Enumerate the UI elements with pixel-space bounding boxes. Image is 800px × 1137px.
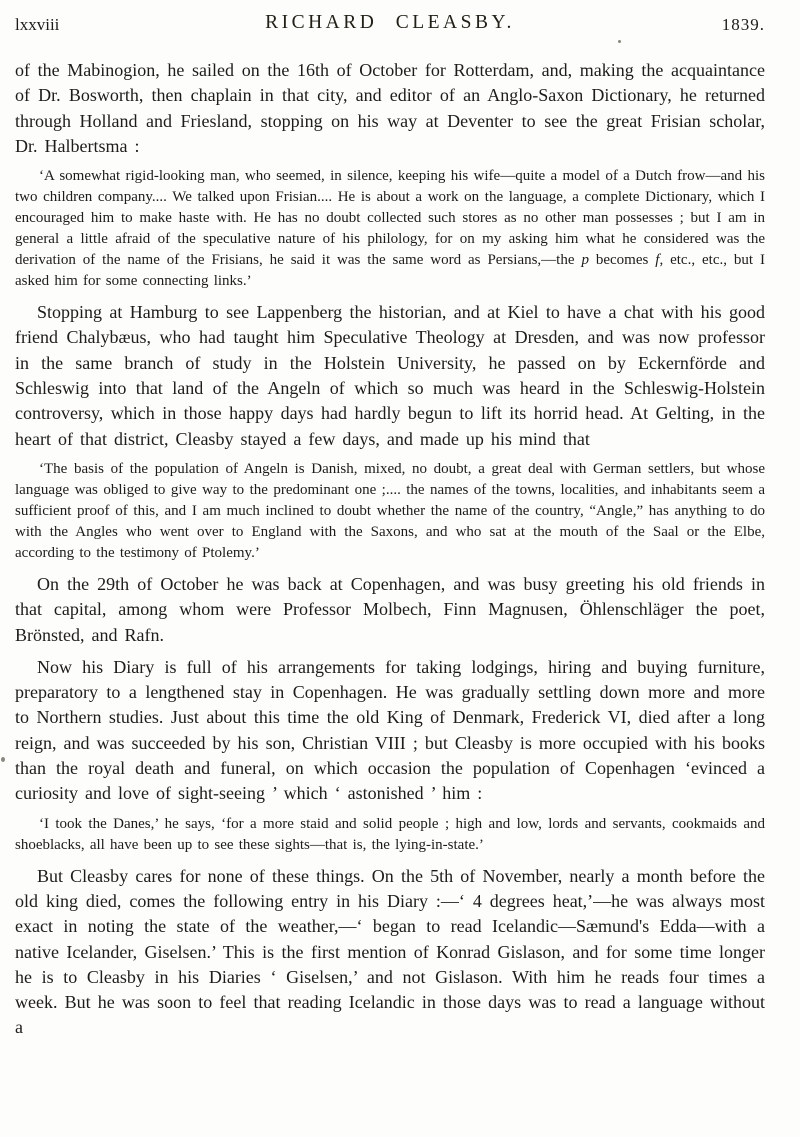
paragraph-intro: of the Mabinogion, he sailed on the 16th… (15, 58, 765, 159)
scan-speck (618, 40, 621, 43)
running-title: RICHARD CLEASBY. (15, 12, 765, 34)
paragraph-icelandic: But Cleasby cares for none of these thin… (15, 864, 765, 1041)
quote-halbertsma-part2: becomes (589, 252, 655, 268)
quote-halbertsma: ‘A somewhat rigid-looking man, who seeme… (15, 166, 765, 292)
page-header: lxxviii RICHARD CLEASBY. 1839. (15, 12, 765, 38)
book-page: lxxviii RICHARD CLEASBY. 1839. of the Ma… (0, 0, 800, 1137)
paragraph-travels: Stopping at Hamburg to see Lappenberg th… (15, 300, 765, 452)
quote-angeln: ‘The basis of the population of Angeln i… (15, 459, 765, 564)
page-body: of the Mabinogion, he sailed on the 16th… (15, 58, 765, 1041)
paragraph-copenhagen: On the 29th of October he was back at Co… (15, 572, 765, 648)
quote-danes: ‘I took the Danes,’ he says, ‘for a more… (15, 814, 765, 856)
scan-speck (1, 757, 5, 762)
quote-halbertsma-italic-p: p (581, 252, 589, 268)
year-label: 1839. (722, 15, 765, 35)
paragraph-diary: Now his Diary is full of his arrangement… (15, 655, 765, 807)
